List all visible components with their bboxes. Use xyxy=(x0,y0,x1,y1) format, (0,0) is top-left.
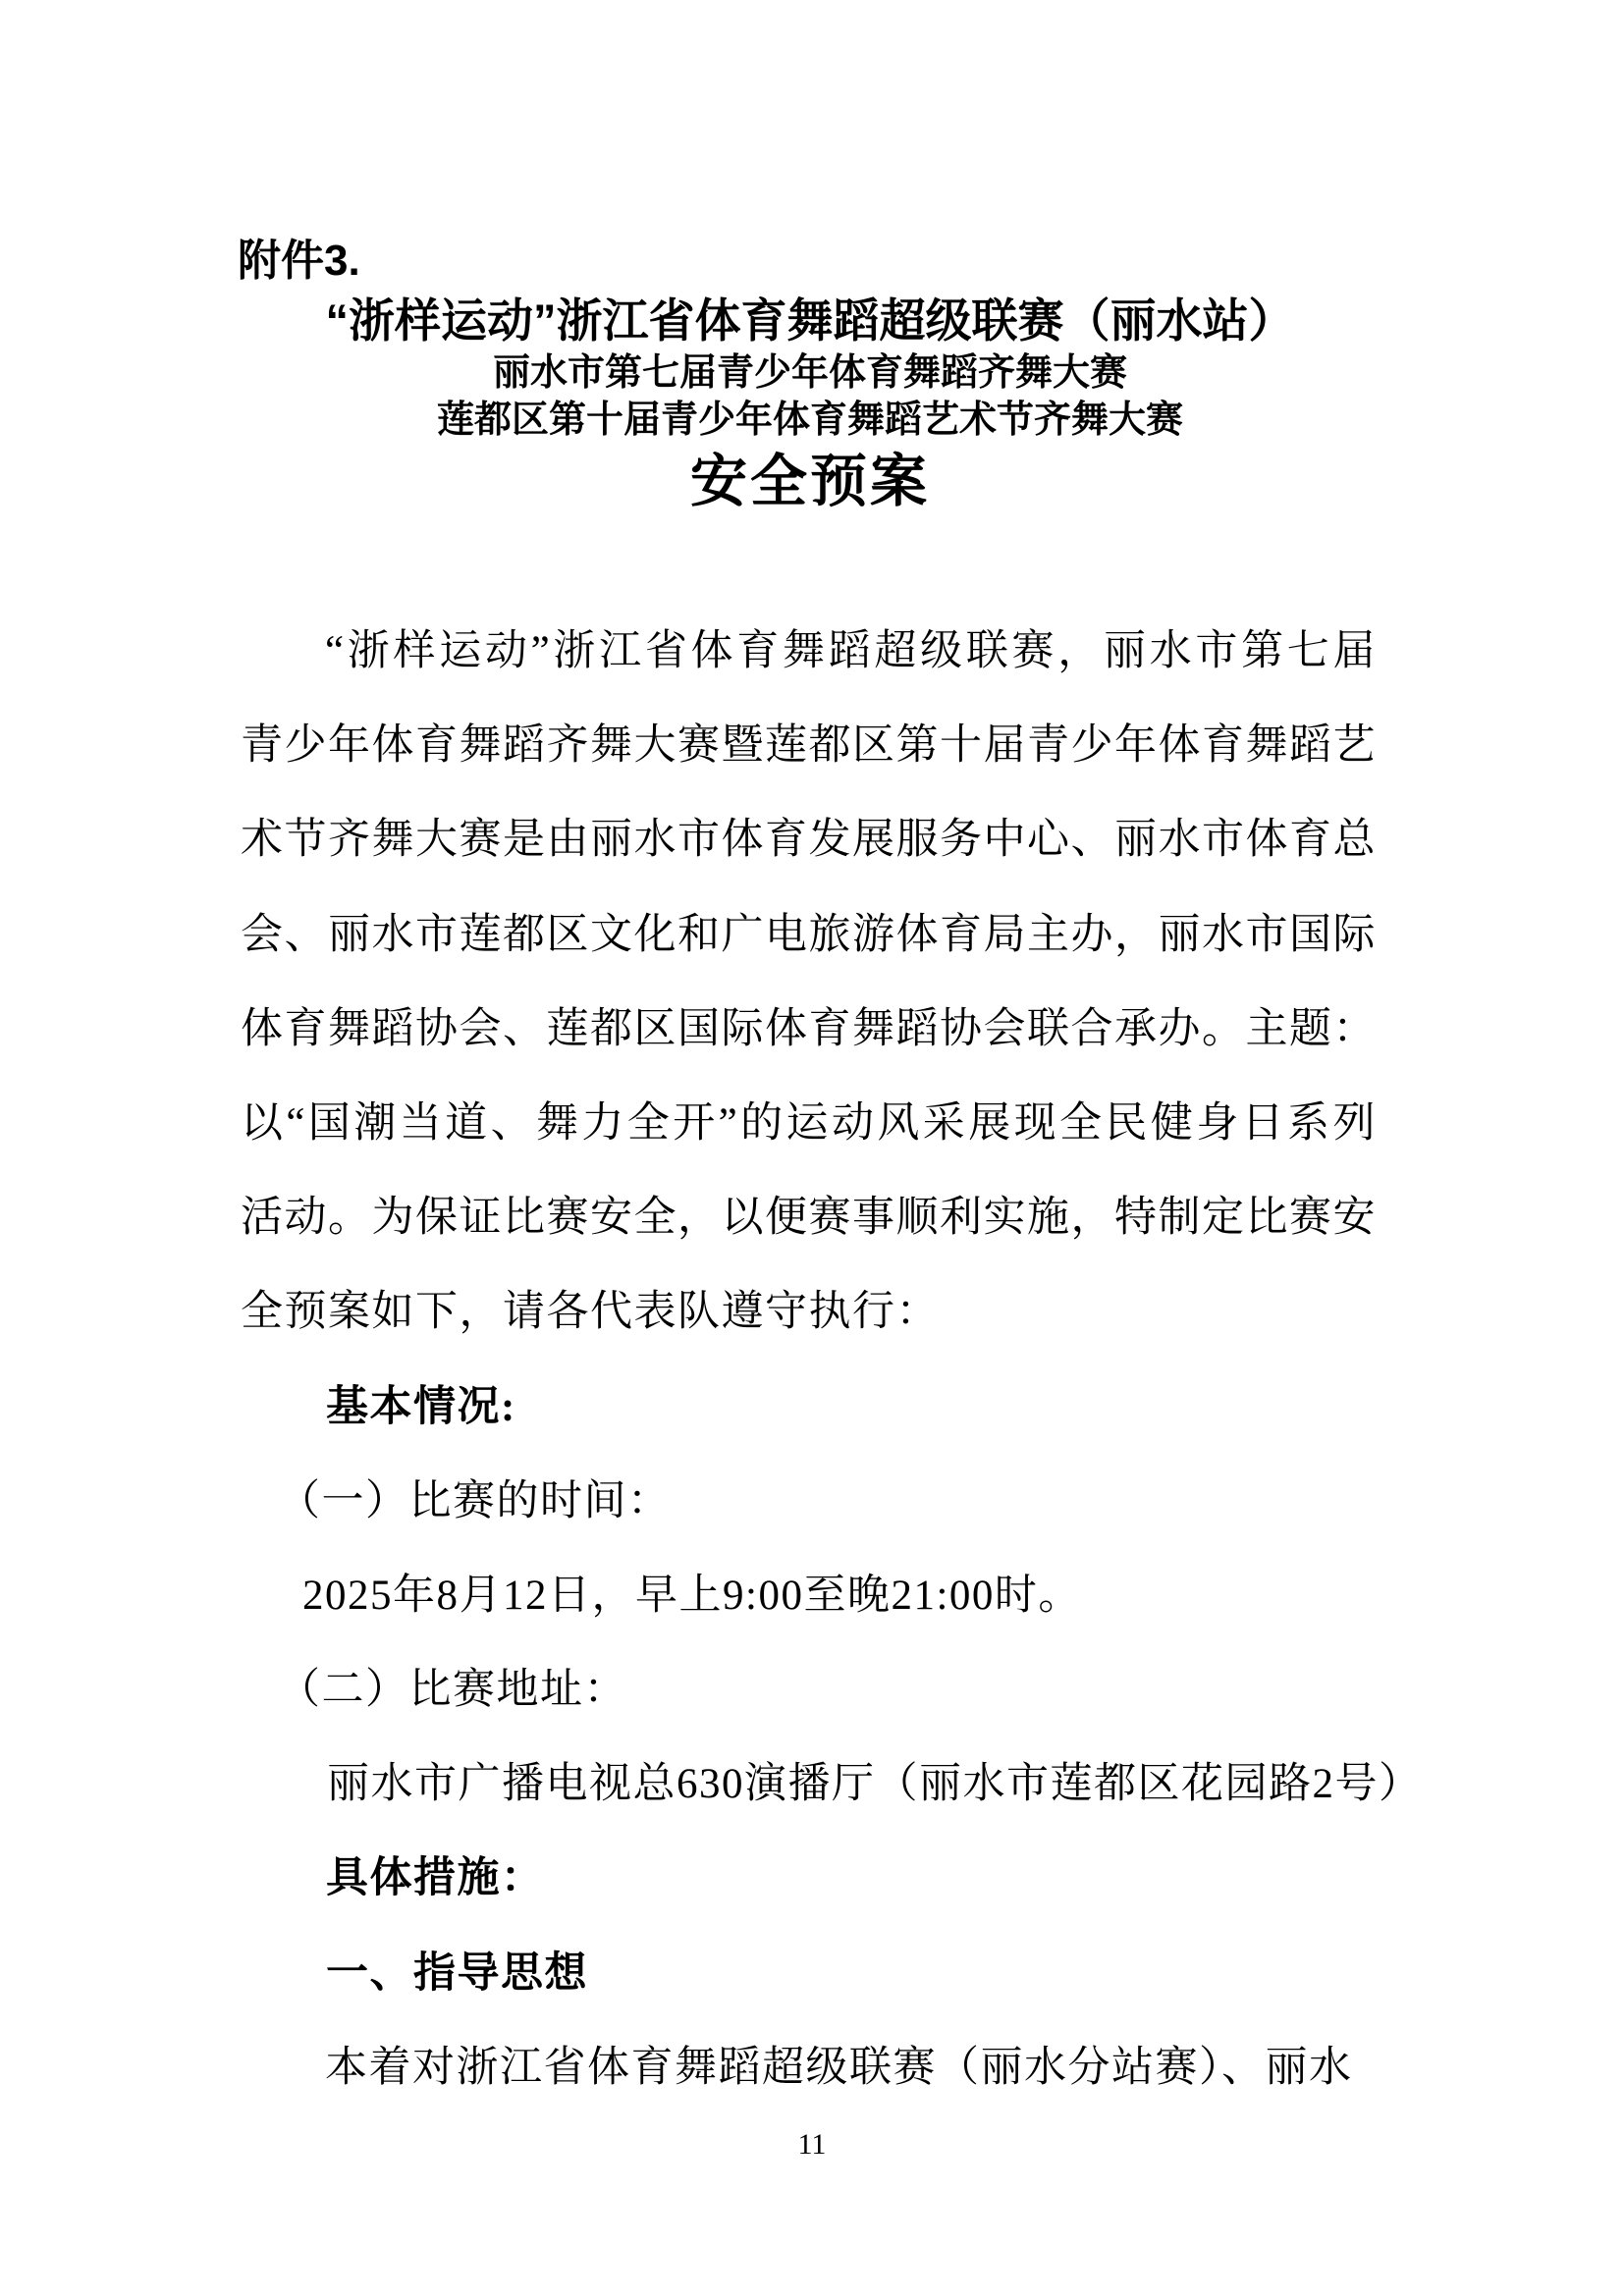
body-line: 具体措施： xyxy=(241,1832,1377,1926)
body-line: 基本情况: xyxy=(241,1361,1377,1455)
body-line: 全预案如下，请各代表队遵守执行： xyxy=(241,1265,1377,1360)
body-line: （一）比赛的时间： xyxy=(241,1455,1377,1549)
body-line: 活动。为保证比赛安全，以便赛事顺利实施，特制定比赛安 xyxy=(241,1171,1377,1265)
attachment-label: 附件3. xyxy=(238,236,360,287)
body-line: “浙样运动”浙江省体育舞蹈超级联赛，丽水市第七届 xyxy=(241,605,1377,699)
body-line: （二）比赛地址： xyxy=(241,1643,1377,1737)
event-title-line-2: 丽水市第七届青少年体育舞蹈齐舞大赛 xyxy=(241,349,1380,397)
body-line: 一、指导思想 xyxy=(241,1927,1377,2021)
event-title-line-3: 莲都区第十届青少年体育舞蹈艺术节齐舞大赛 xyxy=(241,397,1380,444)
page-number: 11 xyxy=(0,2125,1624,2164)
document-body: “浙样运动”浙江省体育舞蹈超级联赛，丽水市第七届青少年体育舞蹈齐舞大赛暨莲都区第… xyxy=(241,605,1377,2115)
body-line: 本着对浙江省体育舞蹈超级联赛（丽水分站赛）、丽水 xyxy=(241,2021,1377,2115)
document-main-title: 安全预案 xyxy=(241,450,1380,514)
body-line: 以“国潮当道、舞力全开”的运动风采展现全民健身日系列 xyxy=(241,1077,1377,1171)
document-header: “浙样运动”浙江省体育舞蹈超级联赛（丽水站） 丽水市第七届青少年体育舞蹈齐舞大赛… xyxy=(241,293,1380,514)
body-line: 会、丽水市莲都区文化和广电旅游体育局主办，丽水市国际 xyxy=(241,888,1377,983)
body-line: 青少年体育舞蹈齐舞大赛暨莲都区第十届青少年体育舞蹈艺 xyxy=(241,699,1377,793)
event-title-line-1: “浙样运动”浙江省体育舞蹈超级联赛（丽水站） xyxy=(241,293,1380,349)
document-page: 附件3. “浙样运动”浙江省体育舞蹈超级联赛（丽水站） 丽水市第七届青少年体育舞… xyxy=(0,0,1624,2296)
body-line: 术节齐舞大赛是由丽水市体育发展服务中心、丽水市体育总 xyxy=(241,793,1377,887)
body-line: 丽水市广播电视总630演播厅（丽水市莲都区花园路2号） xyxy=(241,1737,1377,1832)
body-line: 2025年8月12日，早上9:00至晚21:00时。 xyxy=(241,1549,1377,1643)
body-line: 体育舞蹈协会、莲都区国际体育舞蹈协会联合承办。主题： xyxy=(241,983,1377,1077)
